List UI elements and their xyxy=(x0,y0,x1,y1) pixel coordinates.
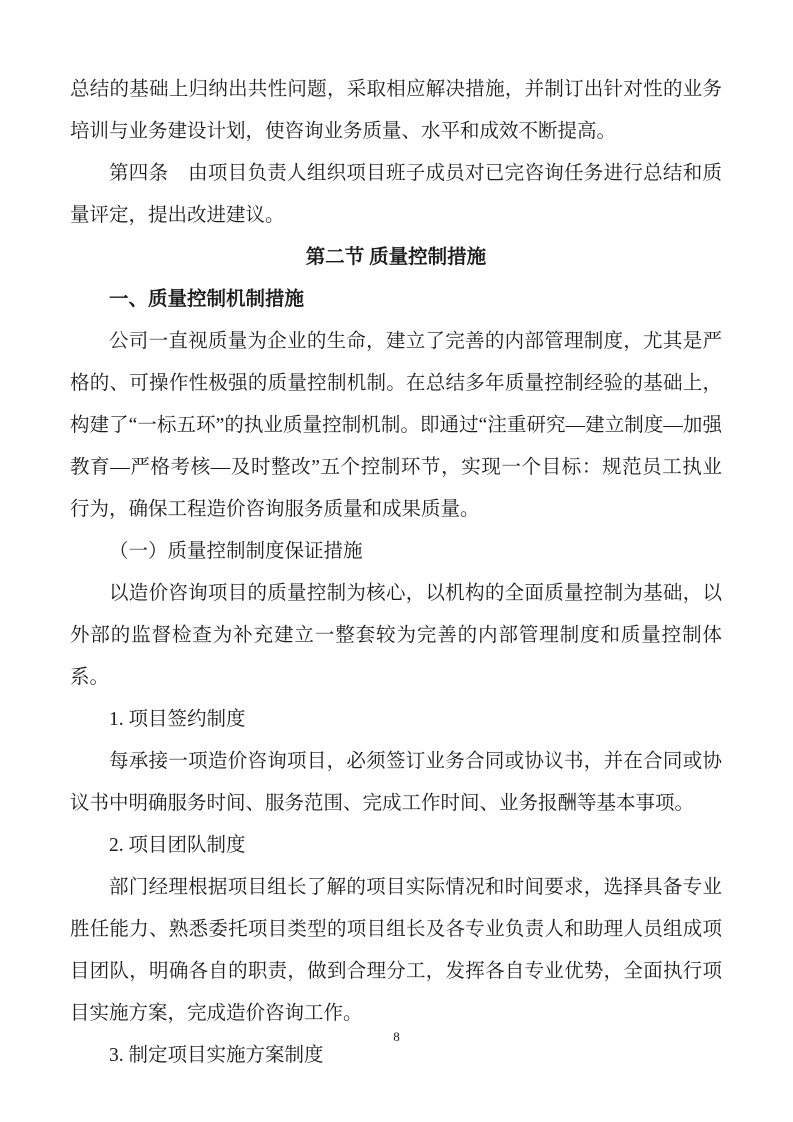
document-body: 总结的基础上归纳出共性问题，采取相应解决措施，并制订出针对性的业务培训与业务建设… xyxy=(70,69,722,1077)
paragraph-quality-mechanism: 公司一直视质量为企业的生命，建立了完善的内部管理制度，尤其是严格的、可操作性极强… xyxy=(70,321,722,531)
paragraph-article-4: 第四条 由项目负责人组织项目班子成员对已完咨询任务进行总结和质量评定，提出改进建… xyxy=(70,153,722,237)
paragraph-contract-system: 每承接一项造价咨询项目，必须签订业务合同或协议书，并在合同或协议书中明确服务时间… xyxy=(70,741,722,825)
paragraph-quality-system: 以造价咨询项目的质量控制为核心，以机构的全面质量控制为基础，以外部的监督检查为补… xyxy=(70,573,722,699)
paragraph-continuation: 总结的基础上归纳出共性问题，采取相应解决措施，并制订出针对性的业务培训与业务建设… xyxy=(70,69,722,153)
subsection-heading: 一、质量控制机制措施 xyxy=(70,279,722,321)
list-heading-2: 2. 项目团队制度 xyxy=(70,825,722,867)
document-page: 总结的基础上归纳出共性问题，采取相应解决措施，并制订出针对性的业务培训与业务建设… xyxy=(0,0,793,1122)
item-heading-1: （一）质量控制制度保证措施 xyxy=(70,531,722,573)
paragraph-team-system: 部门经理根据项目组长了解的项目实际情况和时间要求，选择具备专业胜任能力、熟悉委托… xyxy=(70,867,722,1035)
page-number: 8 xyxy=(0,1028,793,1046)
section-heading: 第二节 质量控制措施 xyxy=(70,237,722,279)
list-heading-1: 1. 项目签约制度 xyxy=(70,699,722,741)
